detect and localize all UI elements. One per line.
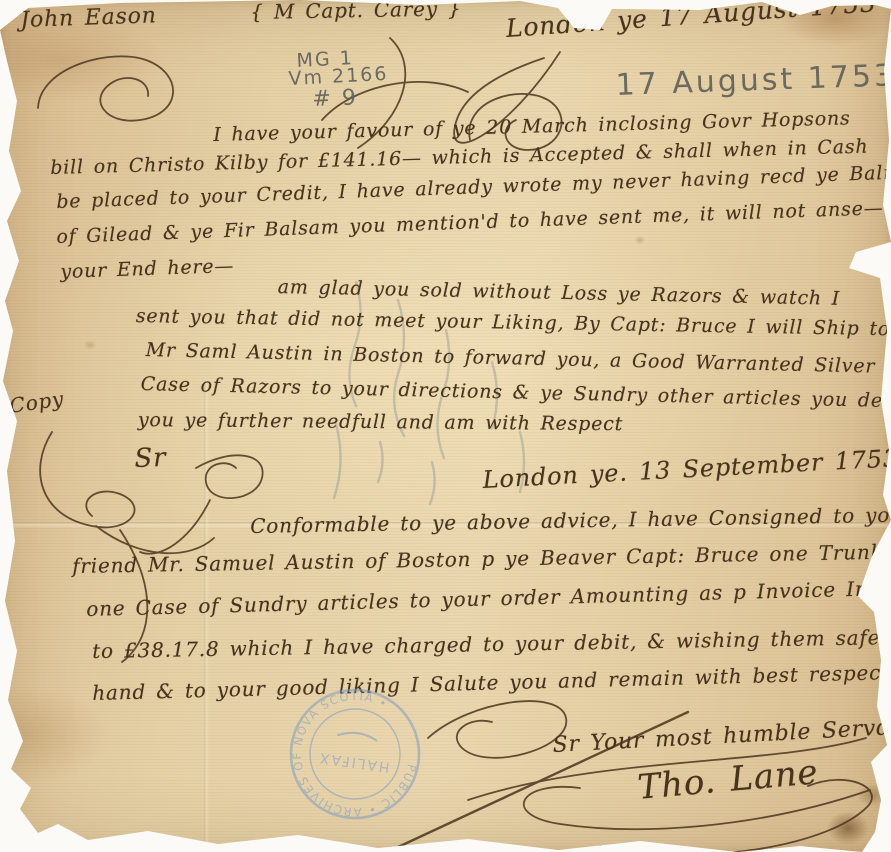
letter-line: Conformable to ye above advice, I have C… — [250, 502, 891, 538]
addressee-name-center: { M Capt. Carey } — [250, 0, 462, 24]
pencil-archive-ref-line3: # 9 — [312, 85, 358, 112]
addressee-name-left: John Eason — [20, 3, 157, 33]
letter-line: sent you that did not meet your Liking, … — [136, 305, 891, 342]
bleedthrough-stroke — [334, 424, 341, 498]
copy-loop-flourish — [40, 432, 134, 527]
letter-line: hand & to your good liking I Salute you … — [92, 660, 891, 705]
copy-tail-flourish — [96, 526, 214, 553]
letter-line: to £38.17.8 which I have charged to your… — [92, 625, 891, 663]
bleedthrough-stroke — [378, 442, 383, 482]
letter-line: Case of Razors to your directions & ye S… — [141, 373, 891, 415]
letter-line: your End here— — [60, 255, 235, 283]
top-left-spiral-flourish — [38, 56, 173, 120]
signature: Tho. Lane — [636, 752, 820, 808]
bleedthrough-stroke — [430, 462, 435, 504]
letter-line: Mr Saml Austin in Boston to forward you,… — [146, 339, 891, 380]
letter-line: you ye further needfull and am with Resp… — [138, 409, 623, 435]
letter-line: friend Mr. Samuel Austin of Boston p ye … — [72, 539, 891, 578]
pencil-date-note: 17 August 1753 — [615, 58, 891, 103]
paper-sheet: John Eason { M Capt. Carey } London ye 1… — [0, 0, 891, 852]
archive-stamp: PUBLIC • ARCHIVES OF NOVA SCOTIA • HALIF… — [278, 677, 432, 831]
stamp-ornament — [337, 730, 377, 741]
dateline-august: London ye 17 August 1753 — [505, 0, 878, 43]
letter-line: am glad you sold without Loss ye Razors … — [278, 276, 841, 310]
closing-loop-flourish — [428, 701, 566, 758]
margin-note-copy: Copy — [8, 386, 65, 417]
salutation-mark: Sr — [134, 443, 167, 474]
stamp-center-text: HALIFAX — [317, 749, 390, 775]
valediction: Sr Your most humble Servd. — [552, 715, 891, 758]
dateline-september: London ye. 13 September 1753 — [482, 444, 891, 494]
scanned-letter: John Eason { M Capt. Carey } London ye 1… — [0, 0, 891, 852]
